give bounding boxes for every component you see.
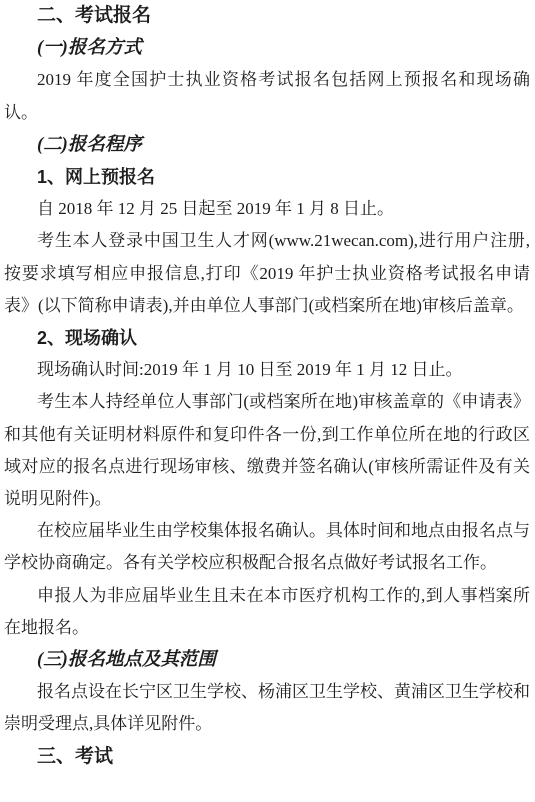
subheading-online-preregistration: 1、网上预报名 bbox=[4, 161, 530, 193]
paragraph-online-registration-steps: 考生本人登录中国卫生人才网(www.21wecan.com),进行用户注册,按要… bbox=[4, 225, 530, 322]
paragraph-onsite-confirmation-dates: 现场确认时间:2019 年 1 月 10 日至 2019 年 1 月 12 日止… bbox=[4, 354, 530, 386]
subheading-registration-procedure: (二)报名程序 bbox=[4, 129, 530, 161]
paragraph-registration-locations-list: 报名点设在长宁区卫生学校、杨浦区卫生学校、黄浦区卫生学校和崇明受理点,具体详见附… bbox=[4, 676, 530, 740]
paragraph-non-current-graduates: 申报人为非应届毕业生且未在本市医疗机构工作的,到人事档案所在地报名。 bbox=[4, 580, 530, 644]
section-heading-exam-registration: 二、考试报名 bbox=[4, 0, 530, 32]
subheading-registration-method: (一)报名方式 bbox=[4, 32, 530, 64]
section-heading-examination: 三、考试 bbox=[4, 741, 530, 773]
paragraph-online-preregistration-dates: 自 2018 年 12 月 25 日起至 2019 年 1 月 8 日止。 bbox=[4, 193, 530, 225]
subheading-registration-locations: (三)报名地点及其范围 bbox=[4, 644, 530, 676]
paragraph-onsite-confirmation-steps: 考生本人持经单位人事部门(或档案所在地)审核盖章的《申请表》和其他有关证明材料原… bbox=[4, 386, 530, 515]
document-page: 二、考试报名 (一)报名方式 2019 年度全国护士执业资格考试报名包括网上预报… bbox=[0, 0, 535, 802]
paragraph-registration-overview: 2019 年度全国护士执业资格考试报名包括网上预报名和现场确认。 bbox=[4, 64, 530, 128]
subheading-onsite-confirmation: 2、现场确认 bbox=[4, 322, 530, 354]
paragraph-school-group-registration: 在校应届毕业生由学校集体报名确认。具体时间和地点由报名点与学校协商确定。各有关学… bbox=[4, 515, 530, 579]
